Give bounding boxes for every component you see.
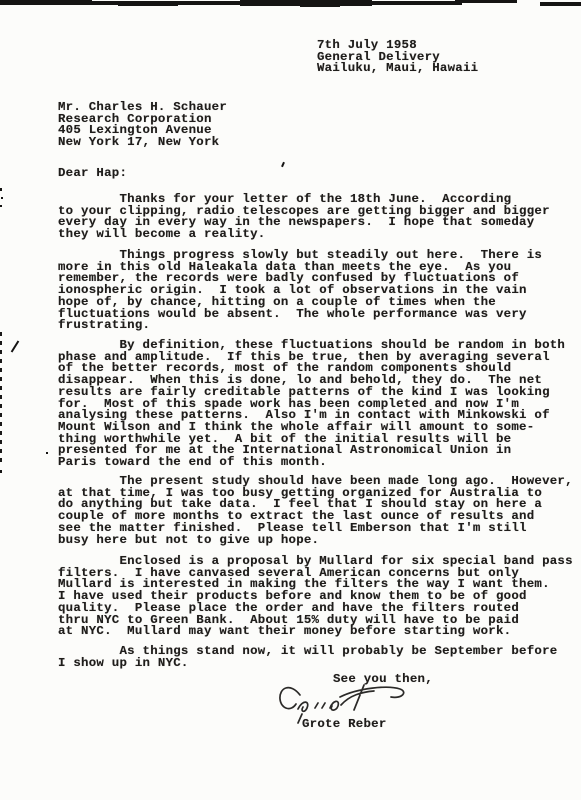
paragraph-4: The present study should have been made …	[58, 476, 573, 546]
scan-margin-artifact	[0, 332, 2, 464]
date-and-sender-address: 7th July 1958 General Delivery Wailuku, …	[317, 40, 478, 75]
paragraph-6: As things stand now, it will probably be…	[58, 646, 557, 669]
scan-speck	[0, 205, 2, 207]
scan-speck	[46, 452, 48, 454]
scan-edge-artifact	[0, 0, 92, 5]
salutation: Dear Hap:	[58, 168, 127, 180]
scan-edge-artifact	[364, 1, 462, 5]
paragraph-2: Things progress slowly but steadily out …	[58, 250, 542, 332]
letter-page: 7th July 1958 General Delivery Wailuku, …	[0, 0, 581, 800]
scan-speck	[0, 470, 2, 473]
scan-speck	[11, 340, 20, 352]
scan-speck	[281, 162, 285, 167]
scan-speck	[0, 188, 2, 191]
typed-signature-name: Grote Reber	[302, 719, 387, 731]
recipient-address: Mr. Charles H. Schauer Research Corporat…	[58, 102, 227, 149]
scan-edge-artifact	[300, 5, 340, 7]
scan-speck	[1, 197, 3, 199]
paragraph-1: Thanks for your letter of the 18th June.…	[58, 194, 550, 241]
paragraph-3: By definition, these fluctuations should…	[58, 340, 565, 469]
scan-edge-artifact	[118, 4, 178, 6]
scan-edge-artifact	[540, 2, 581, 6]
paragraph-5: Enclosed is a proposal by Mullard for si…	[58, 556, 573, 638]
scan-edge-artifact	[455, 0, 517, 3]
